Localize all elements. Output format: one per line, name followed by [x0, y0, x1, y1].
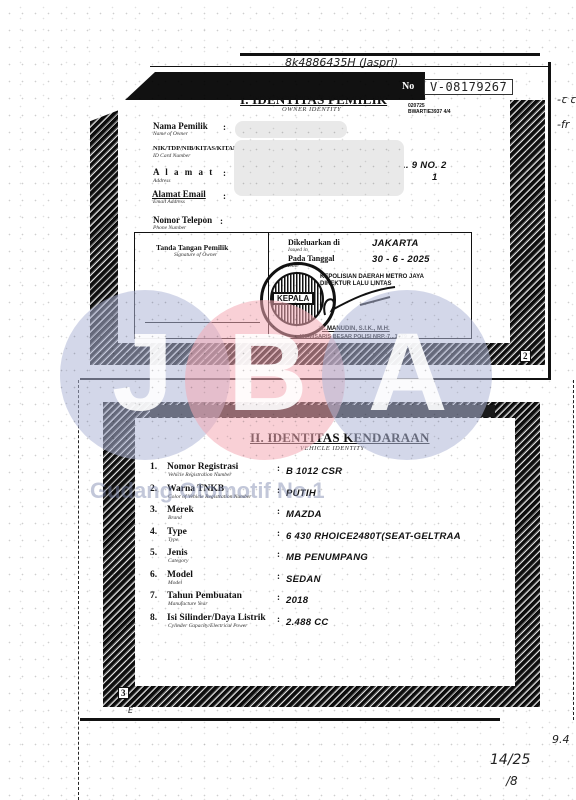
field-value-address: ... 9 NO. 2 [400, 160, 447, 171]
colon: : [220, 216, 223, 226]
handwritten-date-sub: /8 [506, 774, 518, 788]
vehicle-field-label-en: Brand [168, 515, 182, 521]
vehicle-field-label-en: Category [168, 558, 188, 564]
handwritten-note-top: 8k4886435H (Jaspri) [285, 56, 398, 69]
colon: : [277, 528, 280, 538]
handwritten-note-right-1: -ꞇ ꞇ [557, 92, 575, 107]
handwritten-small: E [128, 706, 133, 715]
field-label-address-en: Address [153, 178, 171, 184]
scan-edge-left [78, 380, 79, 800]
owner-signature-label: Tanda Tangan Pemilik [156, 243, 228, 252]
vehicle-field-value: B 1012 CSR [286, 466, 342, 477]
scan-edge-bottom [80, 718, 500, 721]
vehicle-field-label: Tahun Pembuatan [167, 591, 242, 601]
field-label-id: NIK/TDP/NIB/KITAS/KITAP [153, 145, 237, 152]
vehicle-page-number: 3 [118, 687, 129, 699]
field-value-address-2: 1 [432, 172, 438, 183]
vehicle-field-value: 6 430 RHOICE2480T(SEAT-GELTRAA [286, 531, 461, 542]
vehicle-field-label-en: Manufacture Year [168, 601, 207, 607]
watermark-letter-j: J [112, 318, 173, 428]
handwritten-note-right-2: -fr [557, 118, 569, 131]
vehicle-field-number: 8. [150, 613, 157, 623]
field-label-email-en: Email Address [153, 199, 185, 205]
date-value: 30 - 6 - 2025 [372, 254, 430, 265]
vehicle-field-number: 6. [150, 570, 157, 580]
vehicle-field-label: Model [167, 570, 193, 580]
handwritten-number: 9.4 [552, 733, 570, 746]
watermark-letter-a: A [368, 318, 447, 428]
colon: : [223, 122, 226, 132]
colon: : [277, 592, 280, 602]
watermark-tagline: Gudang Otomotif No.1 [90, 478, 325, 504]
watermark-letter-b: B [228, 318, 307, 428]
issued-at-label: Dikeluarkan di [288, 238, 340, 247]
vehicle-field-value: 2.488 CC [286, 617, 329, 628]
vehicle-field-label-en: Cylinder Capacity/Electrical Power [168, 623, 247, 629]
colon: : [277, 571, 280, 581]
vehicle-field-label-en: Type [168, 537, 178, 543]
owner-signature-label-en: Signature of Owner [174, 252, 217, 258]
field-label-email: Alamat Email [152, 189, 206, 199]
field-label-name: Nama Pemilik [153, 121, 208, 131]
vehicle-field-label: Type [167, 527, 187, 537]
vehicle-field-label-en: Model [168, 580, 182, 586]
field-label-address: A l a m a t [153, 167, 214, 177]
field-label-phone-en: Phone Number [153, 225, 186, 231]
handwritten-date: 14/25 [490, 752, 530, 768]
scan-edge-right [548, 62, 551, 380]
redacted-id-address [234, 140, 404, 196]
field-label-name-en: Name of Owner [153, 131, 188, 137]
owner-section-subtitle: OWNER IDENTITY [282, 106, 341, 113]
vehicle-field-value: 2018 [286, 595, 308, 606]
vehicle-field-label: Nomor Registrasi [167, 462, 238, 472]
code-line-2: BWARTIE3937 4/4 [408, 110, 451, 115]
serial-number: V-08179267 [424, 79, 513, 95]
issued-at-label-en: Issued in [288, 247, 308, 253]
field-label-id-en: ID Card Number [153, 153, 190, 159]
colon: : [277, 463, 280, 473]
vehicle-field-value: SEDAN [286, 574, 321, 585]
colon: : [277, 549, 280, 559]
vehicle-field-number: 7. [150, 591, 157, 601]
vehicle-field-label: Jenis [167, 548, 188, 558]
vehicle-field-label: Isi Silinder/Daya Listrik [167, 613, 266, 623]
colon: : [277, 506, 280, 516]
vehicle-field-number: 3. [150, 505, 157, 515]
vehicle-field-value: MAZDA [286, 509, 322, 520]
owner-page-number: 2 [520, 350, 531, 362]
vehicle-field-value: MB PENUMPANG [286, 552, 368, 563]
redacted-name [235, 121, 347, 138]
scan-edge-far-right [573, 380, 574, 720]
colon: : [277, 614, 280, 624]
vehicle-field-number: 1. [150, 462, 157, 472]
field-label-phone: Nomor Telepon [153, 215, 212, 225]
vehicle-field-label: Merek [167, 505, 194, 515]
colon: : [223, 191, 226, 201]
colon: : [223, 168, 226, 178]
issued-at-value: JAKARTA [372, 238, 419, 249]
serial-label: No [398, 79, 418, 94]
vehicle-field-number: 4. [150, 527, 157, 537]
vehicle-field-number: 5. [150, 548, 157, 558]
